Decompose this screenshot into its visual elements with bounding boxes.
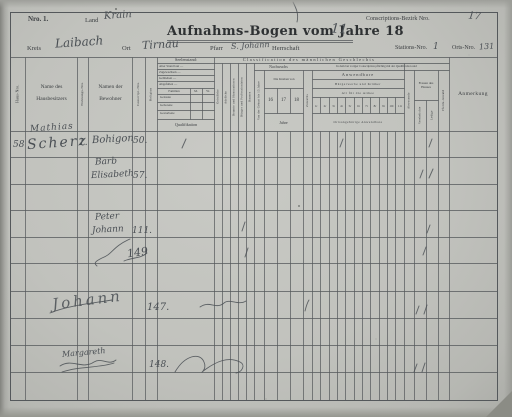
- tick-row2-frauen-2: [429, 169, 433, 178]
- row7-small-mark: [305, 300, 309, 311]
- tick-row4-class: [242, 222, 245, 231]
- tick-row7-frauen-1: [416, 306, 419, 314]
- tick-row5-class: [245, 248, 248, 257]
- tick-row1-qualifikation: [182, 139, 186, 148]
- tick-row1-anwendbare: [340, 139, 343, 147]
- tick-row1-frauen: [429, 139, 432, 147]
- tick-row2-frauen-1: [420, 170, 423, 178]
- tick-row9-frauen-2: [422, 363, 425, 372]
- tick-row7-frauen-2: [424, 305, 427, 314]
- tick-row5-frauen: [423, 247, 426, 255]
- row7-name-tail: [50, 300, 112, 313]
- row9-signature-scrawl: [175, 356, 243, 373]
- top-flourish-scrawl: [293, 2, 298, 22]
- row7-mid-scrawl: [200, 301, 246, 307]
- row5-number-flourish: [124, 253, 147, 261]
- tick-row4-frauen: [427, 225, 430, 233]
- row5-bracket-scrawl: [95, 239, 130, 266]
- archive-number: 33.: [0, 384, 1, 392]
- scanned-census-sheet: Nro. 1. Land Krain Conscriptions-Bezirk …: [0, 0, 512, 417]
- ink-marks: [0, 0, 512, 417]
- tick-row9-frauen-1: [414, 364, 417, 372]
